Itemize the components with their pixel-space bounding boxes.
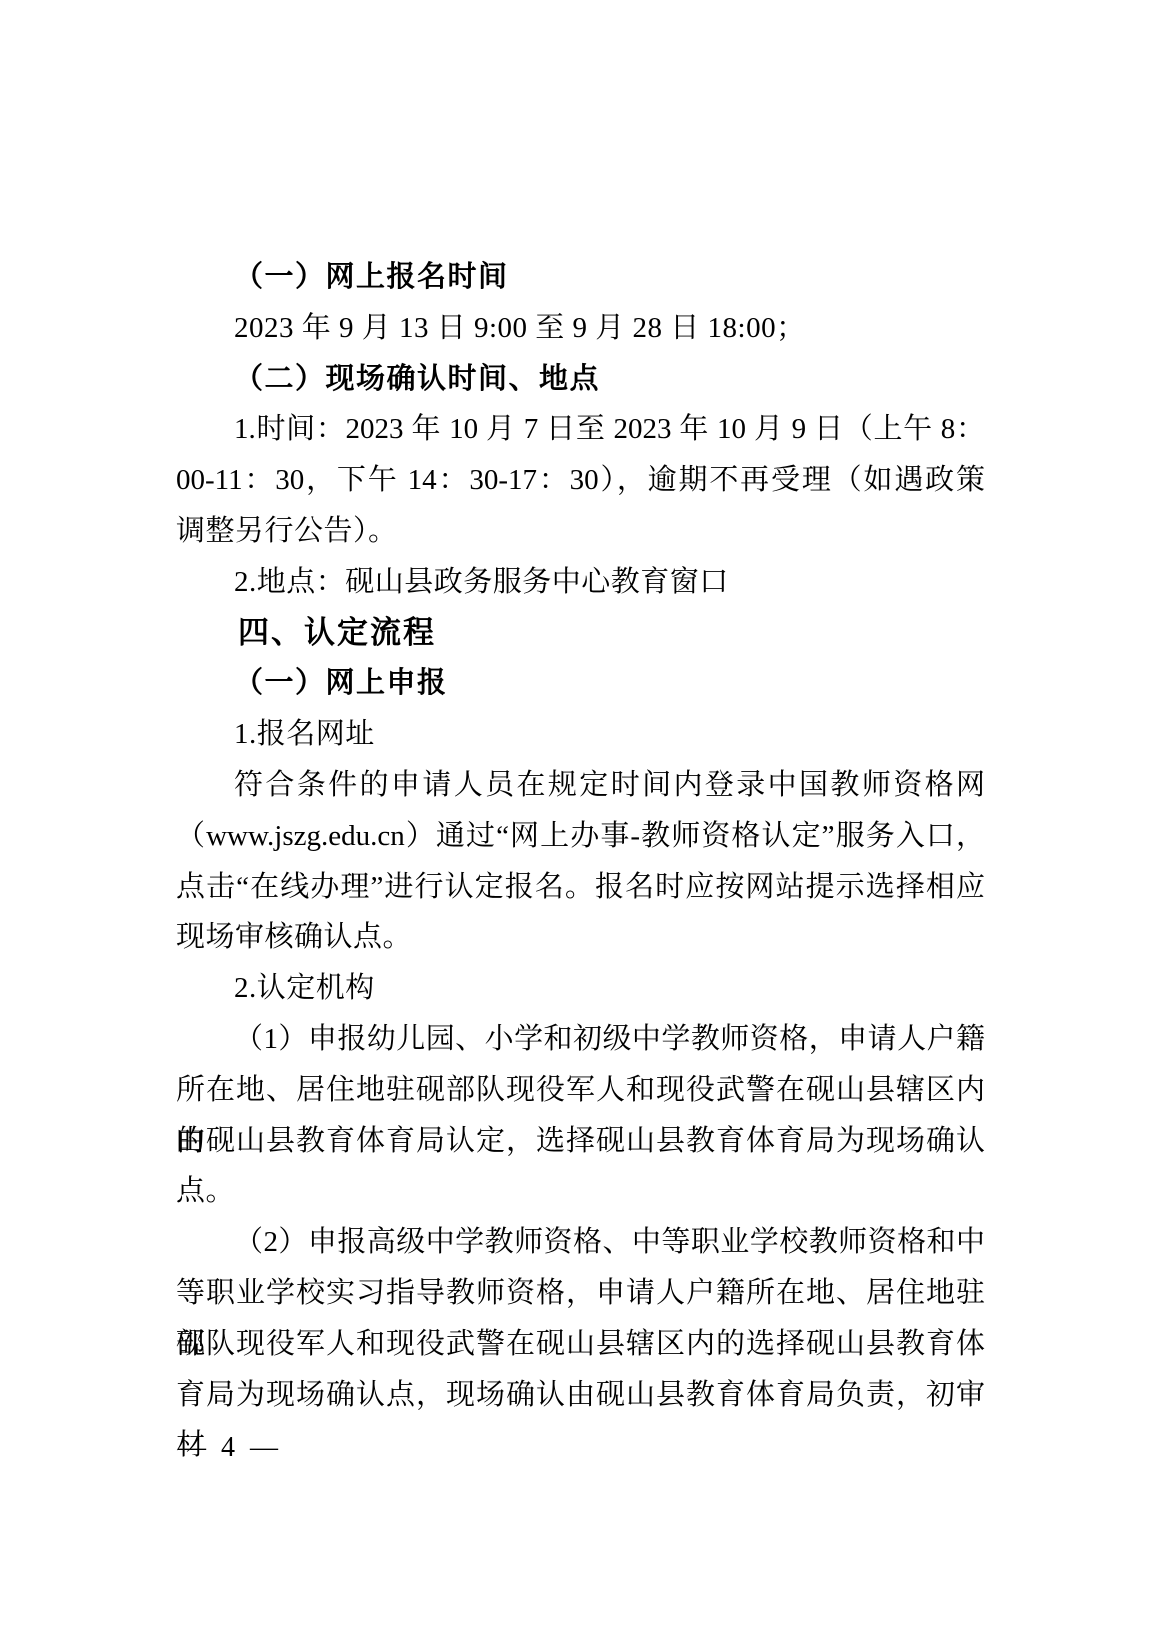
- subheading-online-registration-time: （一）网上报名时间: [176, 252, 985, 303]
- body-line: 2023 年 9 月 13 日 9:00 至 9 月 28 日 18:00；: [176, 303, 985, 354]
- body-line: 00-11：30，下午 14：30-17：30），逾期不再受理（如遇政策: [176, 455, 985, 506]
- body-line: （www.jszg.edu.cn）通过“网上办事-教师资格认定”服务入口，: [176, 811, 985, 862]
- body-line: 2.地点：砚山县政务服务中心教育窗口: [176, 557, 985, 608]
- document-page: （一）网上报名时间 2023 年 9 月 13 日 9:00 至 9 月 28 …: [0, 0, 1160, 1640]
- body-line: 等职业学校实习指导教师资格，申请人户籍所在地、居住地驻砚: [176, 1268, 985, 1319]
- body-line: 育局为现场确认点，现场确认由砚山县教育体育局负责，初审材: [176, 1370, 985, 1421]
- body-line: （1）申报幼儿园、小学和初级中学教师资格，申请人户籍: [176, 1014, 985, 1065]
- body-line: 所在地、居住地驻砚部队现役军人和现役武警在砚山县辖区内的: [176, 1065, 985, 1116]
- body-line: 1.时间：2023 年 10 月 7 日至 2023 年 10 月 9 日（上午…: [176, 404, 985, 455]
- subheading-online-application: （一）网上申报: [176, 658, 985, 709]
- body-line: 2.认定机构: [176, 963, 985, 1014]
- body-line: 由砚山县教育体育局认定，选择砚山县教育体育局为现场确认: [176, 1116, 985, 1167]
- subheading-onsite-confirmation: （二）现场确认时间、地点: [176, 354, 985, 405]
- body-line: 符合条件的申请人员在规定时间内登录中国教师资格网: [176, 760, 985, 811]
- body-line: 点。: [176, 1166, 985, 1217]
- page-number: — 4 —: [178, 1428, 282, 1468]
- body-line: 1.报名网址: [176, 709, 985, 760]
- body-line: 现场审核确认点。: [176, 912, 985, 963]
- body-line: 点击“在线办理”进行认定报名。报名时应按网站提示选择相应: [176, 862, 985, 913]
- body-line: 部队现役军人和现役武警在砚山县辖区内的选择砚山县教育体: [176, 1319, 985, 1370]
- document-body: （一）网上报名时间 2023 年 9 月 13 日 9:00 至 9 月 28 …: [176, 252, 985, 1420]
- section-heading-renting-process: 四、认定流程: [176, 608, 985, 659]
- body-line: 调整另行公告）。: [176, 506, 985, 557]
- body-line: （2）申报高级中学教师资格、中等职业学校教师资格和中: [176, 1217, 985, 1268]
